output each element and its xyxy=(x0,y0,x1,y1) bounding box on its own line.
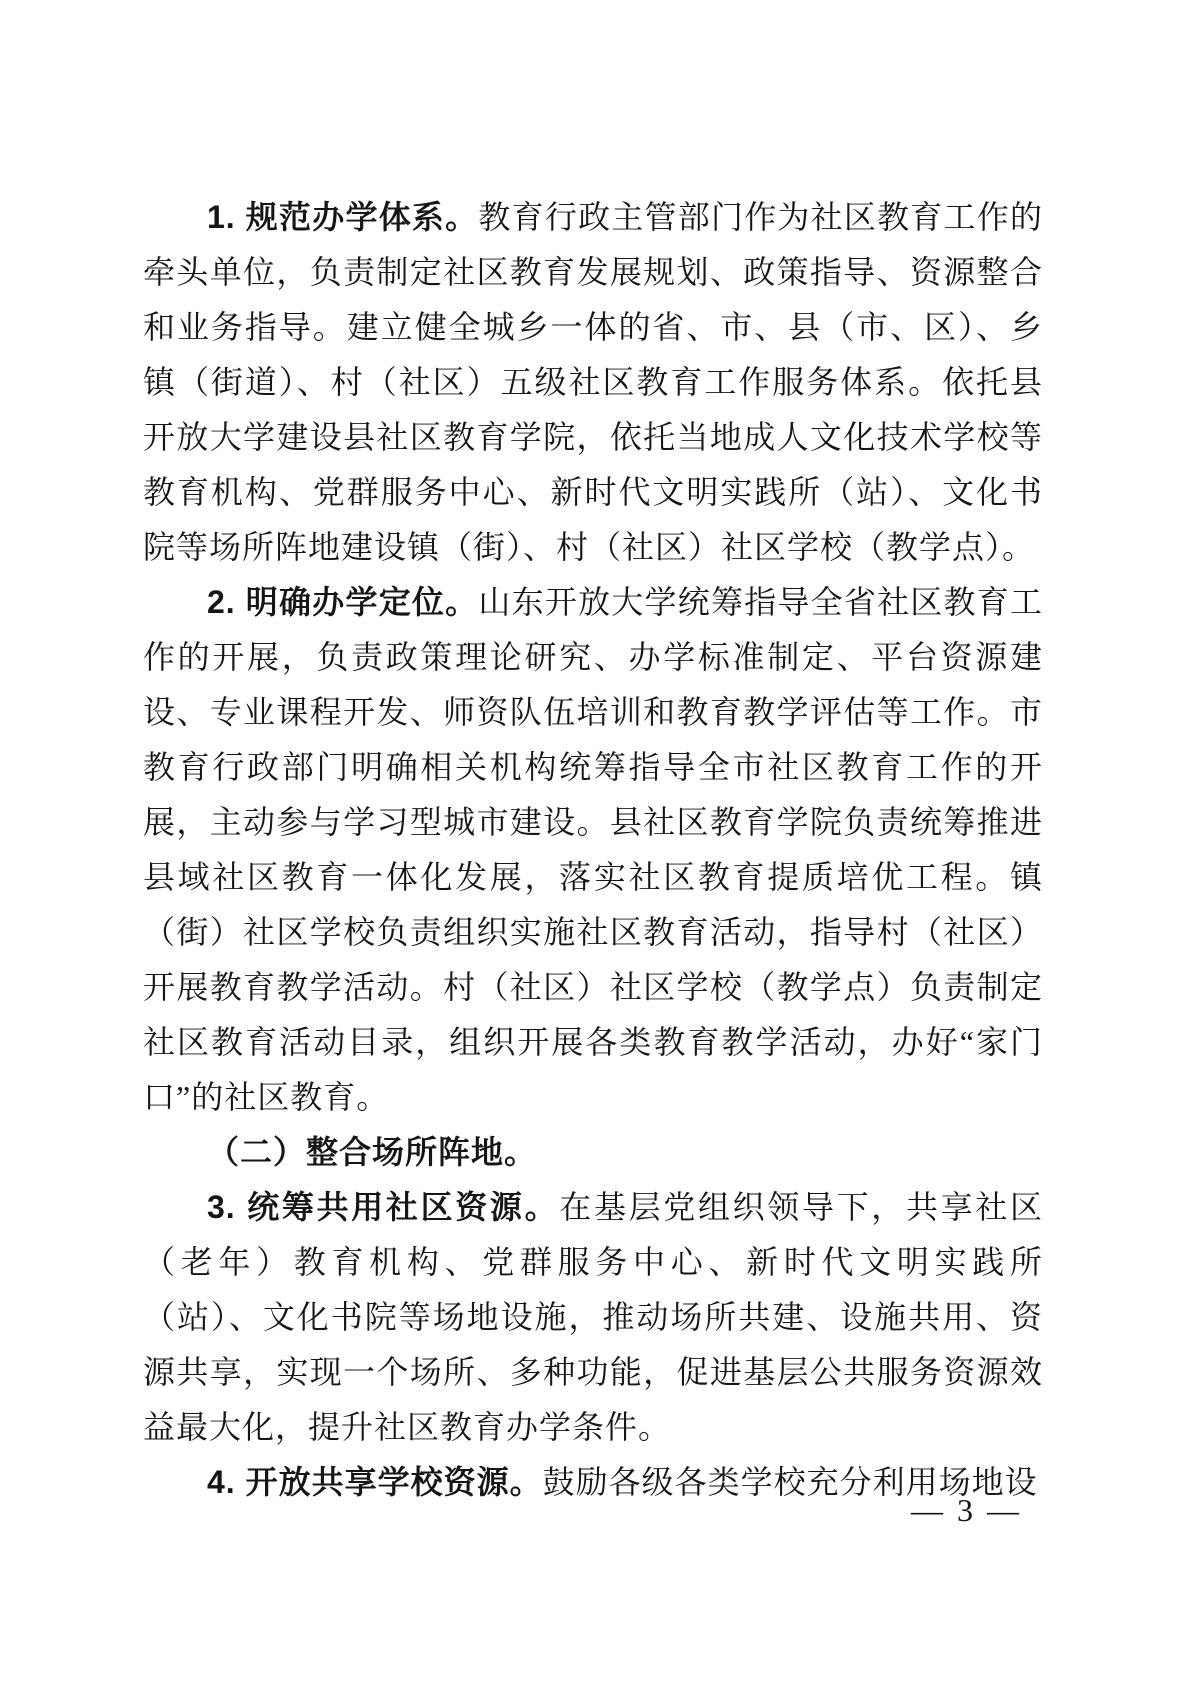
subsection-heading: （二）整合场所阵地。 xyxy=(143,1125,1043,1180)
paragraph-1-heading: 1. 规范办学体系。 xyxy=(207,199,478,235)
paragraph-3-heading: 3. 统筹共用社区资源。 xyxy=(207,1189,559,1225)
document-body: 1. 规范办学体系。教育行政主管部门作为社区教育工作的牵头单位，负责制定社区教育… xyxy=(143,190,1043,1510)
paragraph-3: 3. 统筹共用社区资源。在基层党组织领导下，共享社区（老年）教育机构、党群服务中… xyxy=(143,1180,1043,1455)
paragraph-1-text: 教育行政主管部门作为社区教育工作的牵头单位，负责制定社区教育发展规划、政策指导、… xyxy=(143,199,1043,565)
paragraph-4: 4. 开放共享学校资源。鼓励各级各类学校充分利用场地设 xyxy=(143,1455,1043,1510)
page-number: — 3 — xyxy=(911,1492,1022,1529)
paragraph-1: 1. 规范办学体系。教育行政主管部门作为社区教育工作的牵头单位，负责制定社区教育… xyxy=(143,190,1043,575)
paragraph-2: 2. 明确办学定位。山东开放大学统筹指导全省社区教育工作的开展，负责政策理论研究… xyxy=(143,575,1043,1125)
paragraph-2-text: 山东开放大学统筹指导全省社区教育工作的开展，负责政策理论研究、办学标准制定、平台… xyxy=(143,584,1043,1115)
paragraph-2-heading: 2. 明确办学定位。 xyxy=(207,584,478,620)
document-page: 1. 规范办学体系。教育行政主管部门作为社区教育工作的牵头单位，负责制定社区教育… xyxy=(0,0,1190,1684)
subsection-heading-label: （二）整合场所阵地。 xyxy=(207,1134,537,1170)
paragraph-3-text: 在基层党组织领导下，共享社区（老年）教育机构、党群服务中心、新时代文明实践所（站… xyxy=(143,1189,1043,1445)
paragraph-4-heading: 4. 开放共享学校资源。 xyxy=(207,1464,543,1500)
